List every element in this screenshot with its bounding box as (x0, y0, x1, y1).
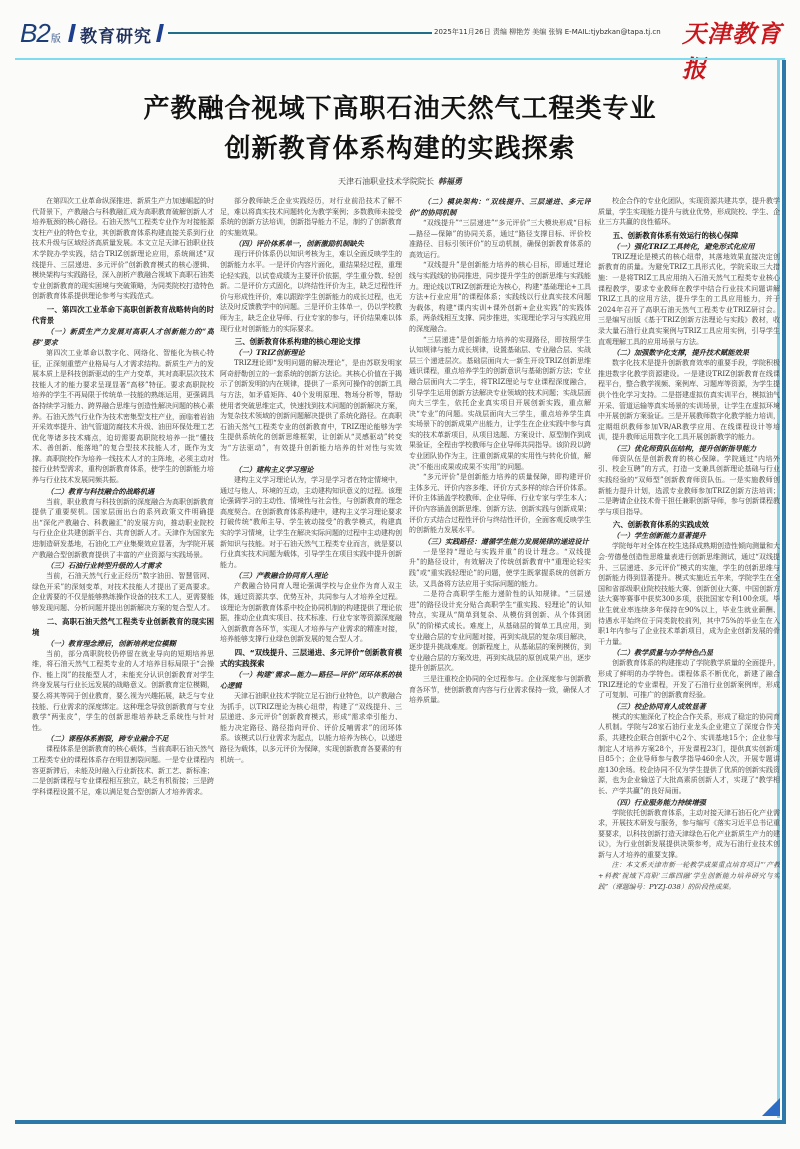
paragraph: 一是坚持“理论与实践并重”的设计理念。“双线提升”的路径设计，有效解决了传统创新… (409, 547, 591, 589)
subsection-heading: （三）石油行业转型升级的人才需求 (32, 560, 214, 571)
paragraph: 产教融合协同育人理论强调学校与企业作为育人双主体，通过资源共享、优势互补，共同参… (220, 581, 402, 645)
section-heading: 三、创新教育体系构建的核心理论支撑 (220, 336, 402, 347)
article-column-1: 在第四次工业革命纵深推进、新质生产力加速崛起的时代背景下，产教融合与科教融汇成为… (32, 196, 214, 1136)
paragraph: 师资队伍是创新教育的核心保障。学院通过“内培外引、校企互聘”的方式，打造一支兼具… (598, 454, 780, 518)
header-rule (168, 32, 432, 34)
date-editors: 2025年11月26日 责编 柳艳芳 美编 张锦 E-MAIL:tjybzkan… (434, 27, 661, 37)
subsection-heading: （一）强化TRIZ工具转化，避免形式化应用 (598, 241, 780, 252)
section-heading: 六、创新教育体系的实践成效 (598, 519, 780, 530)
paragraph: 当前，石油天然气行业正经历“数字油田、智慧管网、绿色开采”的深刻变革，对技术技能… (32, 571, 214, 613)
paragraph: 创新教育体系的构建推动了学院教学质量的全面提升，形成了鲜明的办学特色。课程体系不… (598, 658, 780, 700)
subsection-heading: （四）行业服务能力持续增强 (598, 797, 780, 808)
section-heading: 一、第四次工业革命下高职创新教育战略转向的时代背景 (32, 304, 214, 326)
subsection-heading: （三）实践路径：遵循学生能力发展规律的递进设计 (409, 536, 591, 547)
byline-org: 天津石油职业技术学院院长 (338, 177, 434, 186)
section-bar-right (156, 24, 164, 42)
paragraph: 现行评价体系仍以知识考核为主，难以全面反映学生的创新能力水平。一是评价内容片面化… (220, 249, 402, 334)
subsection-heading: （二）课程体系割裂，跨专业融合不足 (32, 733, 214, 744)
subsection-heading: （二）加强数字化支撑，提升技术赋能效果 (598, 347, 780, 358)
subsection-heading: （一）新质生产力发展对高职人才创新能力的“高移”要求 (32, 326, 214, 348)
page-number: B2版 (20, 18, 60, 49)
subsection-heading: （二）模块架构：“双线提升、三层递进、多元评价”的协同机制 (409, 196, 591, 218)
subsection-heading: （一）教育理念滞后，创新培养定位模糊 (32, 638, 214, 649)
subsection-heading: （三）校企协同育人成效显著 (598, 701, 780, 712)
paragraph: “多元评价”是创新能力培养的质量保障，即构建评价主体多元、评价内容多维、评价方式… (409, 472, 591, 536)
byline-author: 韩福勇 (438, 176, 462, 186)
paragraph: 学院每年对全体在校生选择成熟期创造性倾向测量和大会·劳德曼创造性思维量表进行创新… (598, 541, 780, 647)
subsection-heading: （一）构建“需求—能力—路径—评价”闭环体系的核心逻辑 (220, 669, 402, 691)
subsection-heading: （四）评价体系单一，创新激励机制缺失 (220, 238, 402, 249)
paragraph: 学院依托创新教育体系，主动对接天津石油石化产业需求，开展技术研发与服务，参与编写… (598, 808, 780, 861)
section-heading: 五、创新教育体系有效运行的核心保障 (598, 230, 780, 241)
masthead: B2版 教育研究 2025年11月26日 责编 柳艳芳 美编 张锦 E-MAIL… (0, 0, 800, 60)
section-name: 教育研究 (80, 22, 152, 47)
section-heading: 二、高职石油天然气工程类专业创新教育的现实困境 (32, 616, 214, 638)
paragraph: 建构主义学习理论认为，学习是学习者在特定情境中，通过与他人、环境的互动，主动建构… (220, 475, 402, 570)
article-column-3: （二）模块架构：“双线提升、三层递进、多元评价”的协同机制“双线提升”“三层递进… (409, 196, 591, 1136)
paragraph: “双线提升”是创新能力培养的核心目标，即通过理论线与实践线的协同推进，同步提升学… (409, 260, 591, 334)
paragraph: 天津石油职业技术学院立足石油行业特色，以产教融合为抓手，以TRIZ理论为核心纽带… (220, 691, 402, 765)
paragraph: 二是符合高职学生能力递阶性的认知规律。“三层递进”的路径设计充分贴合高职学生“重… (409, 589, 591, 674)
subsection-heading: （三）优化师资队伍结构，提升创新指导能力 (598, 443, 780, 454)
subsection-heading: （三）产教融合协同育人理论 (220, 570, 402, 581)
paragraph: 模式的实施深化了校企合作关系，形成了稳定的协同育人机制。学院与28家石油行业龙头… (598, 712, 780, 797)
article-column-2: 部分教师缺乏企业实践经历，对行业前沿技术了解不足，难以将真实技术问题转化为教学案… (220, 196, 402, 1136)
paragraph: TRIZ理论即“发明问题的解决理论”，是由苏联发明家阿奇舒勒创立的一套系统的创新… (220, 358, 402, 464)
paragraph: 三是注重校企协同的全过程参与。企业深度参与创新教育各环节，使创新教育内容与行业需… (409, 674, 591, 706)
corner-ornament (762, 1098, 780, 1116)
paragraph: 在第四次工业革命纵深推进、新质生产力加速崛起的时代背景下，产教融合与科教融汇成为… (32, 196, 214, 302)
paragraph: “三层递进”是创新能力培养的实现路径，即按照学生认知规律与能力成长规律，设置基础… (409, 335, 591, 473)
subsection-heading: （二）教学质量与办学特色凸显 (598, 647, 780, 658)
footnote: 注：本文系天津市新一轮教学成果重点培育项目“‘产教+科教’视域下高职‘三维四融’… (598, 860, 780, 892)
section-heading: 四、“双线提升、三层递进、多元评价”创新教育模式的实践探索 (220, 647, 402, 669)
paragraph: TRIZ理论是模式的核心纽带，其落地效果直接决定创新教育的质量。为避免TRIZ工… (598, 252, 780, 347)
paragraph: “双线提升”“三层递进”“多元评价”三大模块形成“目标—路径—保障”的协同关系，… (409, 218, 591, 260)
paragraph: 数字化技术是提升创新教育效率的重要手段，学院积极推进数字化教学资源建设。一是建设… (598, 358, 780, 443)
paragraph: 校企合作的专业化团队，实现资源共建共享，提升教学质量，学生实现能力提升与就业优势… (598, 196, 780, 228)
paragraph: 部分教师缺乏企业实践经历，对行业前沿技术了解不足，难以将真实技术问题转化为教学案… (220, 196, 402, 238)
article-column-4: 校企合作的专业化团队，实现资源共建共享，提升教学质量，学生实现能力提升与就业优势… (598, 196, 780, 1098)
paragraph: 当前，部分高职院校仍停留在就业导向的短期培养思维，将石油天然气工程类专业的人才培… (32, 649, 214, 734)
byline: 天津石油职业技术学院院长韩福勇 (0, 176, 800, 187)
paragraph: 第四次工业革命以数字化、网络化、智能化为核心特征，正深刻重塑产业格局与人才需求结… (32, 348, 214, 486)
subsection-heading: （一）学生创新能力显著提升 (598, 530, 780, 541)
section-bar-left (68, 24, 76, 42)
article-title-line2: 创新教育体系构建的实践探索 (0, 128, 800, 165)
subsection-heading: （一）TRIZ创新理论 (220, 347, 402, 358)
subsection-heading: （二）教育与科技融合的战略机遇 (32, 486, 214, 497)
paragraph: 课程体系是创新教育的核心载体，当前高职石油天然气工程类专业的课程体系存在明显割裂… (32, 744, 214, 797)
subsection-heading: （二）建构主义学习理论 (220, 464, 402, 475)
paragraph: 当前，职业教育与科技创新的深度融合为高职创新教育提供了重要契机。国家层面出台的系… (32, 497, 214, 561)
article-title-line1: 产教融合视域下高职石油天然气工程类专业 (0, 88, 800, 125)
